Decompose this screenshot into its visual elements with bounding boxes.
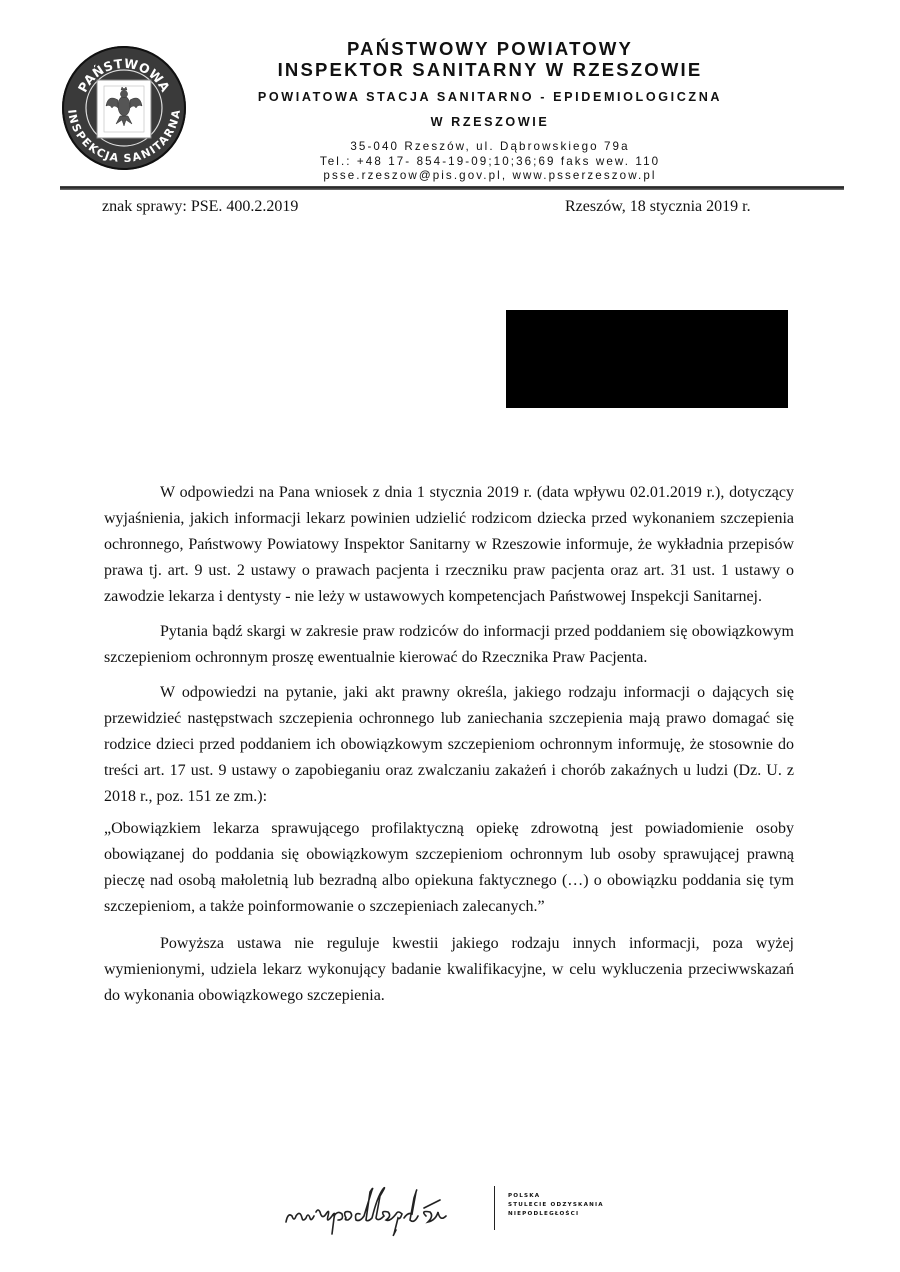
institution-address: 35-040 Rzeszów, ul. Dąbrowskiego 79a Tel…: [230, 140, 750, 184]
phone-line: Tel.: +48 17- 854-19-09;10;36;69 faks we…: [230, 155, 750, 170]
paragraph: Powyższa ustawa nie reguluje kwestii jak…: [104, 931, 794, 1009]
institution-subtitle-line1: POWIATOWA STACJA SANITARNO - EPIDEMIOLOG…: [230, 90, 750, 104]
institution-title-line2: INSPEKTOR SANITARNY W RZESZOWIE: [230, 59, 750, 80]
redacted-recipient-address: [506, 310, 788, 408]
header-divider: [60, 186, 844, 190]
logo-caption: POLSKA STULECIE ODZYSKANIA NIEPODLEGŁOŚC…: [508, 1192, 604, 1219]
institution-emblem: PAŃSTWOWA INSPEKCJA SANITARNA: [60, 44, 188, 172]
paragraph: W odpowiedzi na pytanie, jaki akt prawny…: [104, 680, 794, 810]
quoted-law-paragraph: „Obowiązkiem lekarza sprawującego profil…: [104, 816, 794, 920]
paragraph: Pytania bądź skargi w zakresie praw rodz…: [104, 619, 794, 671]
institution-title-line1: PAŃSTWOWY POWIATOWY: [230, 38, 750, 59]
place-date: Rzeszów, 18 stycznia 2019 r.: [565, 198, 751, 216]
logo-caption-line1: POLSKA: [508, 1192, 604, 1201]
logo-divider: [494, 1186, 495, 1230]
letterhead: PAŃSTWOWY POWIATOWY INSPEKTOR SANITARNY …: [230, 38, 750, 184]
polish-eagle-emblem-icon: PAŃSTWOWA INSPEKCJA SANITARNA: [60, 44, 188, 172]
case-reference: znak sprawy: PSE. 400.2.2019: [102, 198, 298, 216]
institution-subtitle-line2: W RZESZOWIE: [230, 115, 750, 129]
logo-caption-line2: STULECIE ODZYSKANIA: [508, 1201, 604, 1210]
letter-body: W odpowiedzi na Pana wniosek z dnia 1 st…: [104, 480, 794, 1018]
paragraph: W odpowiedzi na Pana wniosek z dnia 1 st…: [104, 480, 794, 610]
logo-caption-line3: NIEPODLEGŁOŚCI: [508, 1210, 604, 1219]
address-line: 35-040 Rzeszów, ul. Dąbrowskiego 79a: [230, 140, 750, 155]
contact-line: psse.rzeszow@pis.gov.pl, www.psserzeszow…: [230, 169, 750, 184]
niepodlegla-signature-icon: niepodległa: [280, 1182, 485, 1238]
